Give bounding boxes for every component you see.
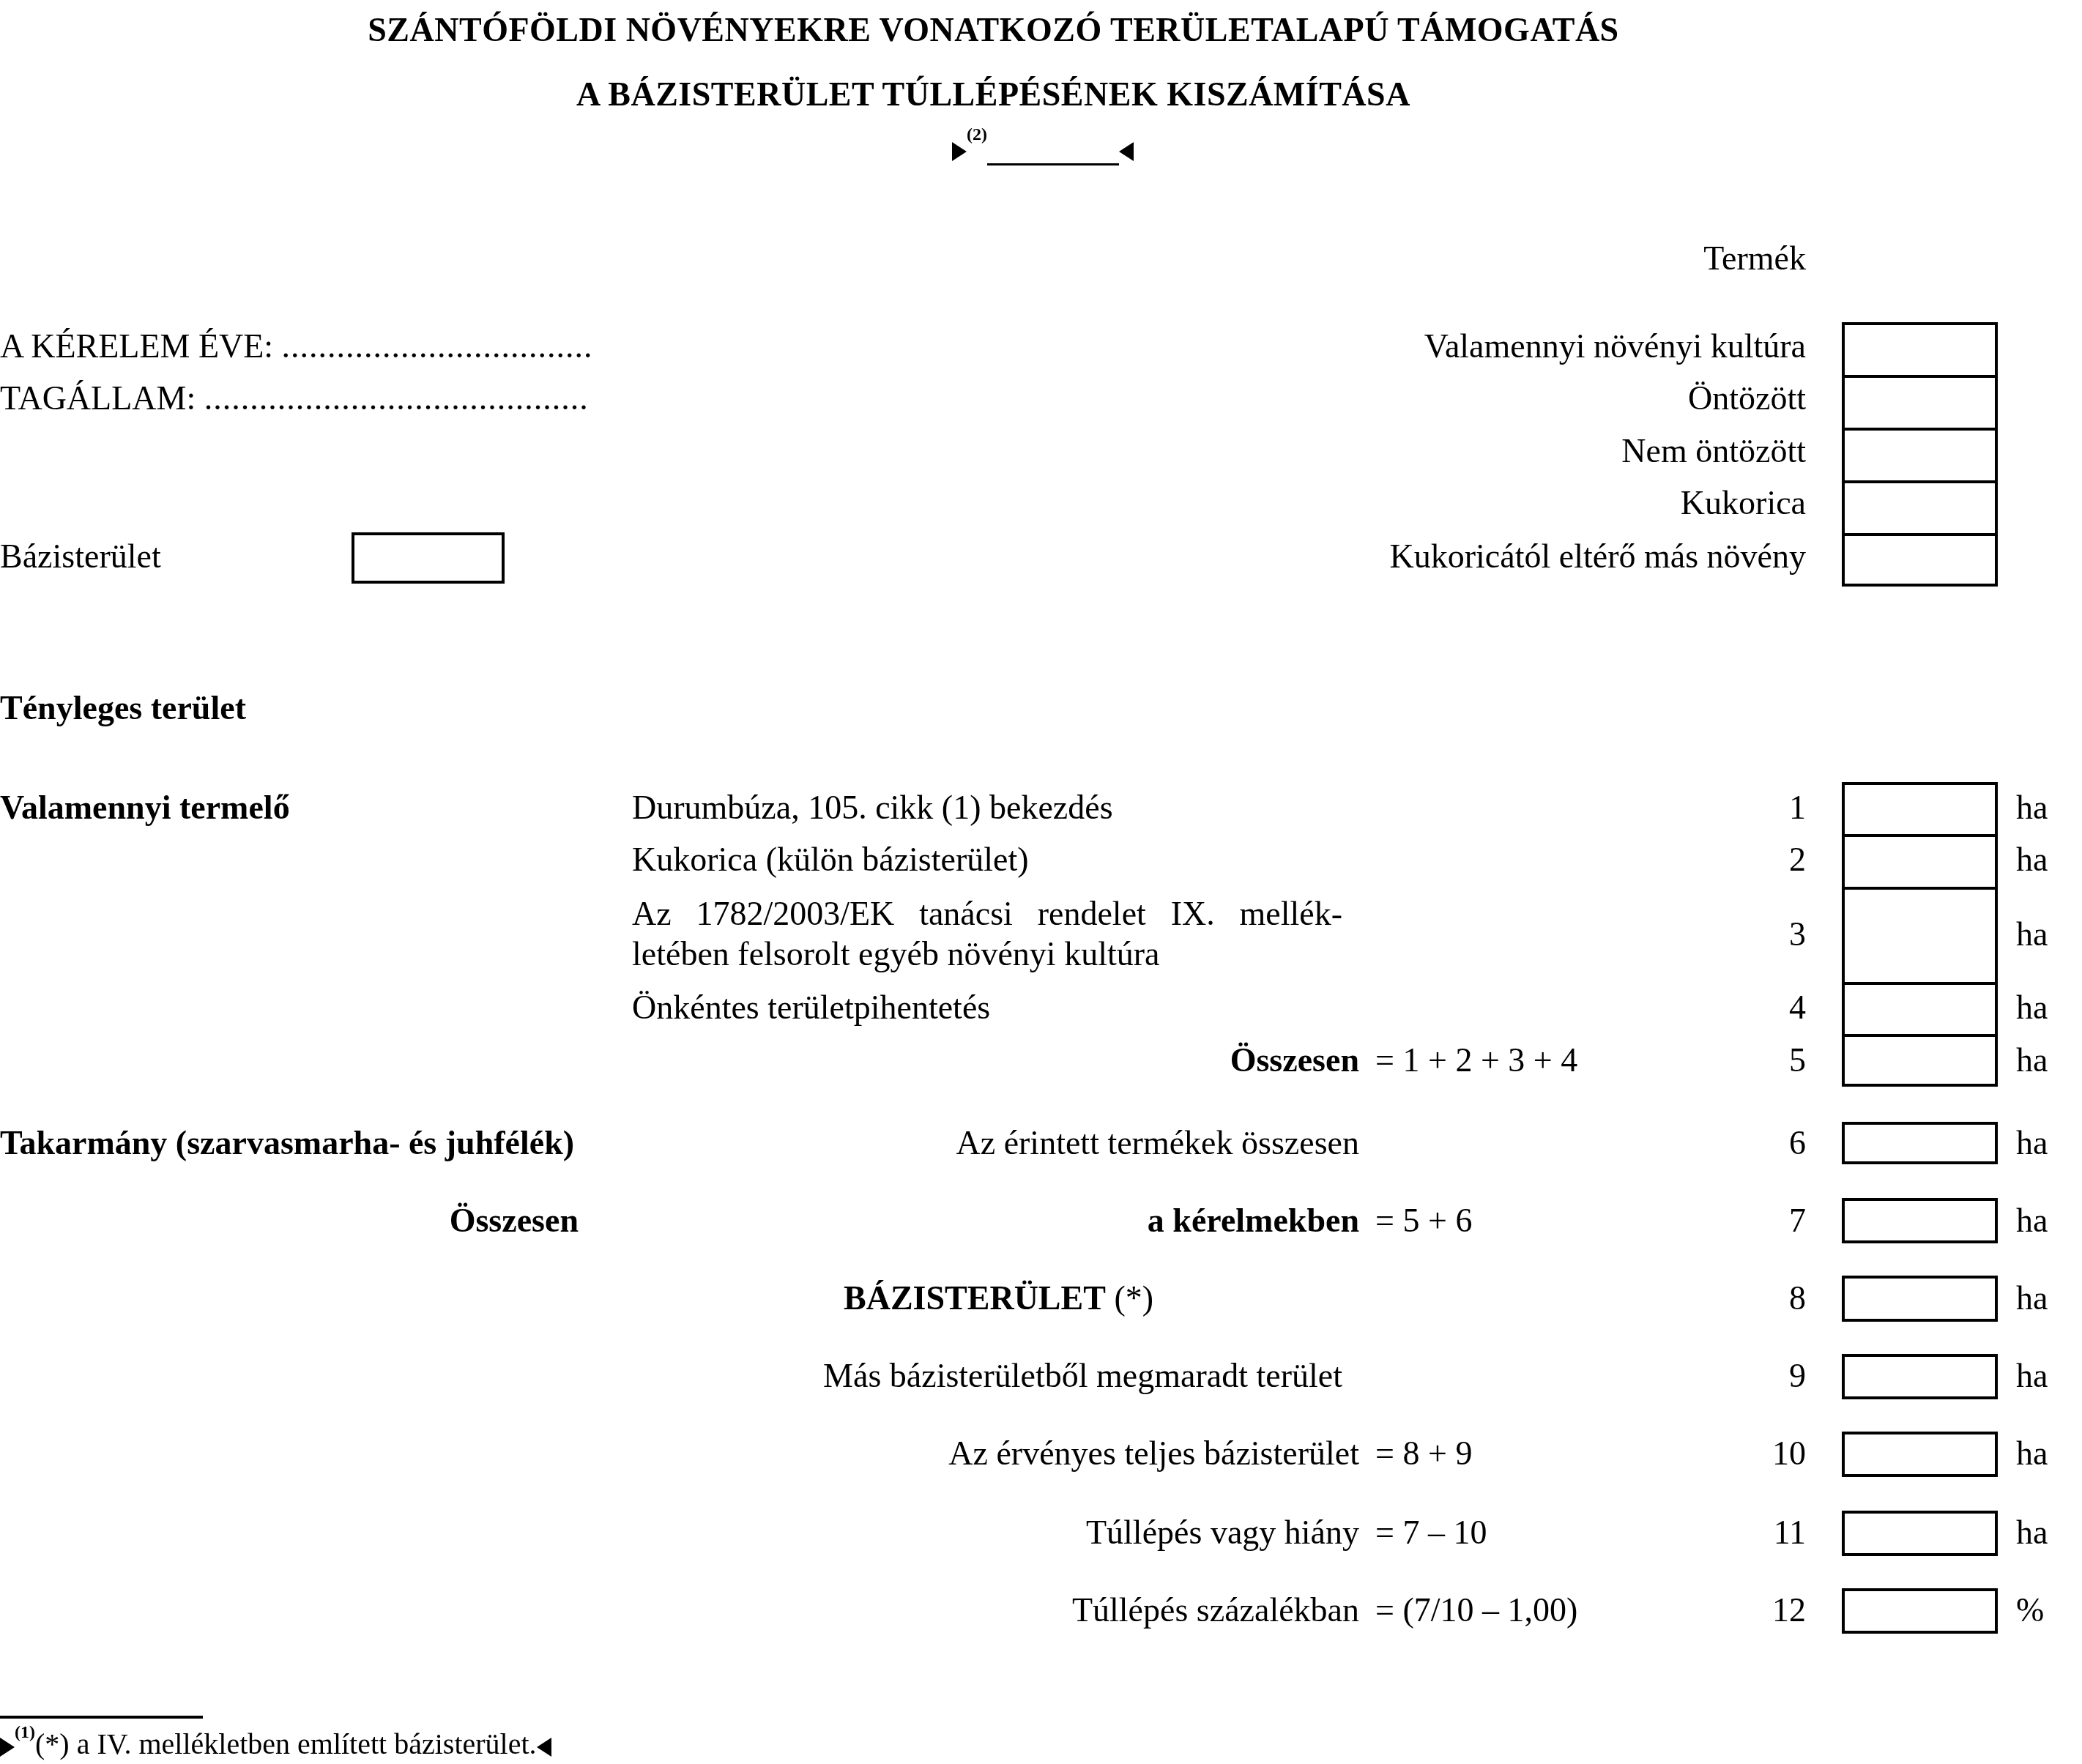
marker-start-icon xyxy=(952,142,967,161)
row-3-input[interactable] xyxy=(1845,890,1995,985)
member-state-field[interactable]: ........................................… xyxy=(204,379,589,417)
product-option-box[interactable] xyxy=(1845,378,1995,431)
title-line-1: SZÁNTÓFÖLDI NÖVÉNYEKRE VONATKOZÓ TERÜLET… xyxy=(368,13,1618,47)
row-12-label: Túllépés százalékban xyxy=(847,1593,1359,1627)
product-option-box[interactable] xyxy=(1845,536,1995,587)
product-option-box[interactable] xyxy=(1845,483,1995,536)
row-7-input[interactable] xyxy=(1842,1198,1998,1243)
footnote: (1)(*) a IV. mellékletben említett bázis… xyxy=(0,1730,551,1759)
product-checkbox-group xyxy=(1842,322,1998,587)
row-5-number: 5 xyxy=(1747,1043,1806,1077)
row-10-input[interactable] xyxy=(1842,1432,1998,1477)
base-area-label: Bázisterület xyxy=(0,540,161,573)
row-9-input[interactable] xyxy=(1842,1354,1998,1399)
actual-area-heading: Tényleges terület xyxy=(0,691,246,725)
row-7-label: a kérelmekben xyxy=(920,1204,1359,1238)
row-10-number: 10 xyxy=(1747,1437,1806,1470)
row-5-label: Összesen xyxy=(1066,1043,1359,1077)
document-subtitle: A BÁZISTERÜLET TÚLLÉPÉSÉNEK KISZÁMÍTÁSA xyxy=(0,78,2082,111)
fodder-group-label: Takarmány (szarvasmarha- és juhfélék) xyxy=(0,1126,574,1160)
row-10-unit: ha xyxy=(2016,1437,2048,1470)
footnote-text: (*) a IV. mellékletben említett bázister… xyxy=(35,1727,537,1760)
row-8-number: 8 xyxy=(1747,1281,1806,1315)
row-5-input[interactable] xyxy=(1845,1037,1995,1084)
row-10-label: Az érvényes teljes bázisterület xyxy=(847,1437,1359,1470)
row-4-label: Önkéntes területpihentetés xyxy=(632,991,990,1024)
row-7-number: 7 xyxy=(1747,1204,1806,1238)
row-3-label-line-2: letében felsorolt egyéb növényi kultúra xyxy=(632,937,1159,971)
row-12-input[interactable] xyxy=(1842,1588,1998,1634)
title-line-2: A BÁZISTERÜLET TÚLLÉPÉSÉNEK KISZÁMÍTÁSA xyxy=(576,78,1410,111)
row-12-number: 12 xyxy=(1747,1593,1806,1627)
product-option-box[interactable] xyxy=(1845,431,1995,483)
row-12-unit: % xyxy=(2016,1593,2044,1627)
row-11-unit: ha xyxy=(2016,1516,2048,1549)
marker-start-icon xyxy=(0,1738,15,1757)
row-10-formula: = 8 + 9 xyxy=(1375,1437,1472,1470)
row-6-label: Az érintett termékek összesen xyxy=(847,1126,1359,1160)
product-option-box[interactable] xyxy=(1845,325,1995,378)
product-option-label: Kukoricától eltérő más növény xyxy=(1220,540,1806,573)
footnote-marker: (1) xyxy=(15,1723,35,1742)
row-5-formula: = 1 + 2 + 3 + 4 xyxy=(1375,1043,1577,1077)
amendment-marker: (2) xyxy=(952,132,1134,165)
row-5-unit: ha xyxy=(2016,1043,2048,1077)
product-heading: Termék xyxy=(1367,242,1806,275)
row-3-unit: ha xyxy=(2016,918,2048,951)
row-6-number: 6 xyxy=(1747,1126,1806,1160)
product-option-label: Kukorica xyxy=(1220,486,1806,520)
row-12-formula: = (7/10 – 1,00) xyxy=(1375,1593,1577,1627)
row-8-input[interactable] xyxy=(1842,1276,1998,1322)
document-title: SZÁNTÓFÖLDI NÖVÉNYEKRE VONATKOZÓ TERÜLET… xyxy=(0,13,2082,47)
request-year-field[interactable]: .................................. xyxy=(282,327,593,365)
row-1-input[interactable] xyxy=(1845,785,1995,837)
row-4-input[interactable] xyxy=(1845,985,1995,1037)
row-2-input[interactable] xyxy=(1845,837,1995,890)
product-option-label: Valamennyi növényi kultúra xyxy=(1220,330,1806,363)
row-11-number: 11 xyxy=(1747,1516,1806,1549)
row-9-number: 9 xyxy=(1747,1359,1806,1393)
all-producers-label: Valamennyi termelő xyxy=(0,791,290,825)
member-state-label: TAGÁLLAM: xyxy=(0,379,196,417)
product-option-label: Nem öntözött xyxy=(1220,434,1806,468)
row-11-input[interactable] xyxy=(1842,1511,1998,1556)
row-4-unit: ha xyxy=(2016,991,2048,1024)
product-option-label: Öntözött xyxy=(1220,382,1806,415)
row-2-unit: ha xyxy=(2016,843,2048,877)
row-3-label-line-1: Az 1782/2003/EK tanácsi rendelet IX. mel… xyxy=(632,897,1342,931)
row-7-unit: ha xyxy=(2016,1204,2048,1238)
row-2-label: Kukorica (külön bázisterület) xyxy=(632,843,1029,877)
row-8-label: BÁZISTERÜLET (*) xyxy=(844,1281,1153,1315)
row-11-formula: = 7 – 10 xyxy=(1375,1516,1487,1549)
rows-1-5-input-group xyxy=(1842,782,1998,1087)
row-6-input[interactable] xyxy=(1842,1122,1998,1164)
base-area-heading: BÁZISTERÜLET xyxy=(844,1279,1106,1317)
row-4-number: 4 xyxy=(1747,991,1806,1024)
deleted-text-line xyxy=(987,141,1119,165)
row-1-label: Durumbúza, 105. cikk (1) bekezdés xyxy=(632,791,1113,825)
request-year-label: A KÉRELEM ÉVE: xyxy=(0,327,273,365)
marker-end-icon xyxy=(537,1738,551,1757)
row-9-unit: ha xyxy=(2016,1359,2048,1393)
row-2-number: 2 xyxy=(1747,843,1806,877)
row-9-label: Más bázisterületből megmaradt terület xyxy=(732,1359,1342,1393)
base-area-footnote-ref: (*) xyxy=(1114,1279,1153,1317)
row-1-number: 1 xyxy=(1747,791,1806,825)
row-8-unit: ha xyxy=(2016,1281,2048,1315)
request-year: A KÉRELEM ÉVE: .........................… xyxy=(0,330,593,363)
amendment-number: (2) xyxy=(967,125,987,144)
base-area-input[interactable] xyxy=(352,532,505,584)
marker-end-icon xyxy=(1119,142,1134,161)
row-6-unit: ha xyxy=(2016,1126,2048,1160)
row-11-label: Túllépés vagy hiány xyxy=(847,1516,1359,1549)
row-1-unit: ha xyxy=(2016,791,2048,825)
row-7-formula: = 5 + 6 xyxy=(1375,1204,1472,1238)
row-3-number: 3 xyxy=(1747,918,1806,951)
member-state: TAGÁLLAM: ..............................… xyxy=(0,382,589,415)
total-group-label: Összesen xyxy=(286,1204,579,1238)
footnote-divider xyxy=(0,1716,203,1719)
